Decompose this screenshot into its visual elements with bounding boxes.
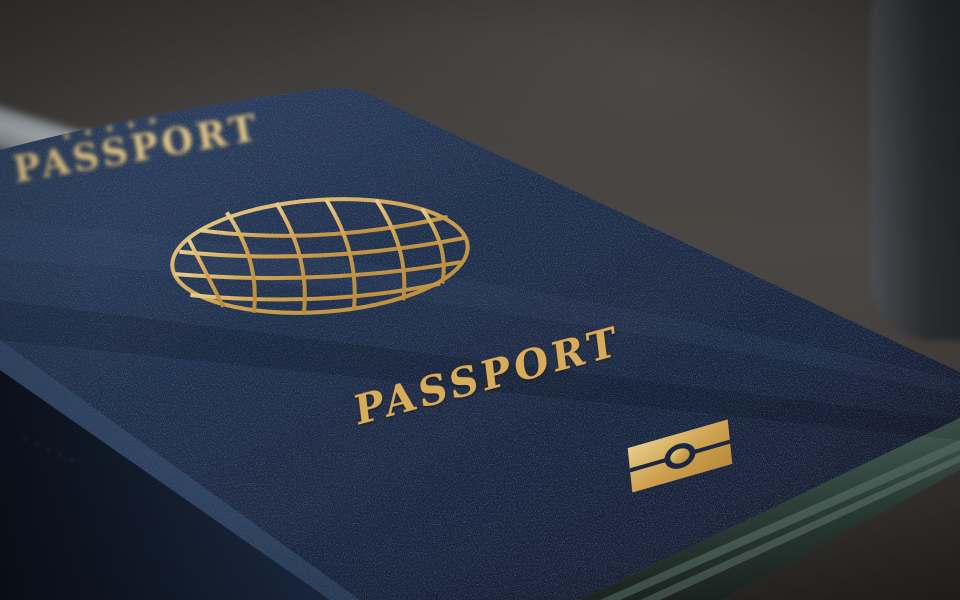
photo-scene: • • • • • PASSPORT PASSPORT · · · · · (0, 0, 960, 600)
passport (0, 0, 960, 600)
